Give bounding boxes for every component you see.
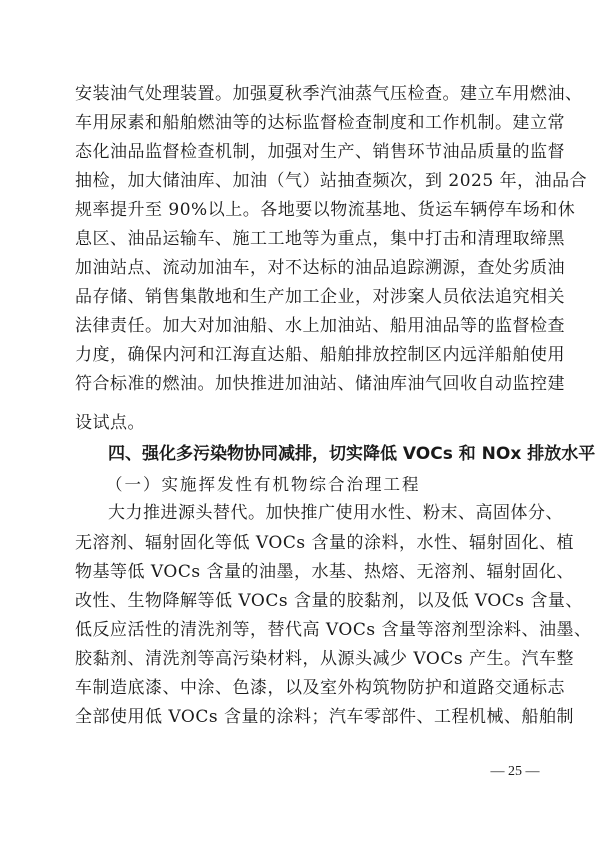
paragraph-line: 品存储、销售集散地和生产加工企业，对涉案人员依法追究相关 xyxy=(75,283,531,312)
paragraph-line: 车用尿素和船舶燃油等的达标监督检查制度和工作机制。建立常 xyxy=(75,109,531,138)
paragraph-line: 胶黏剂、清洗剂等高污染材料，从源头减少 VOCs 产生。汽车整 xyxy=(75,645,531,674)
document-page: 安装油气处理装置。加强夏秋季汽油蒸气压检查。建立车用燃油、 车用尿素和船舶燃油等… xyxy=(0,0,600,848)
paragraph-line: 低反应活性的清洗剂等，替代高 VOCs 含量等溶剂型涂料、油墨、 xyxy=(75,616,531,645)
paragraph-line: 加油站点、流动加油车，对不达标的油品追踪溯源，查处劣质油 xyxy=(75,254,531,283)
subsection-heading: （一）实施挥发性有机物综合治理工程 xyxy=(106,470,421,499)
paragraph-line: 法律责任。加大对加油船、水上加油站、船用油品等的监督检查 xyxy=(75,312,531,341)
paragraph-line: 物基等低 VOCs 含量的油墨，水基、热熔、无溶剂、辐射固化、 xyxy=(75,558,531,587)
paragraph-line: 符合标准的燃油。加快推进加油站、储油库油气回收自动监控建 xyxy=(75,370,531,399)
paragraph-line: 车制造底漆、中涂、色漆，以及室外构筑物防护和道路交通标志 xyxy=(75,674,531,703)
paragraph-line: 抽检，加大储油库、加油（气）站抽查频次，到 2025 年，油品合 xyxy=(75,167,531,196)
paragraph-line: 设试点。 xyxy=(75,409,531,438)
paragraph-line: 安装油气处理装置。加强夏秋季汽油蒸气压检查。建立车用燃油、 xyxy=(75,80,531,109)
section-heading: 四、强化多污染物协同减排，切实降低 VOCs 和 NOx 排放水平 xyxy=(108,440,531,469)
paragraph-line: 大力推进源头替代。加快推广使用水性、粉末、高固体分、 xyxy=(108,499,531,528)
page-number: — 25 — xyxy=(480,764,550,780)
paragraph-line: 规率提升至 90%以上。各地要以物流基地、货运车辆停车场和休 xyxy=(75,196,531,225)
paragraph-line: 力度，确保内河和江海直达船、船舶排放控制区内远洋船舶使用 xyxy=(75,341,531,370)
paragraph-line: 全部使用低 VOCs 含量的涂料；汽车零部件、工程机械、船舶制 xyxy=(75,703,531,732)
paragraph-line: 态化油品监督检查机制，加强对生产、销售环节油品质量的监督 xyxy=(75,138,531,167)
paragraph-line: 无溶剂、辐射固化等低 VOCs 含量的涂料，水性、辐射固化、植 xyxy=(75,529,531,558)
paragraph-line: 改性、生物降解等低 VOCs 含量的胶黏剂，以及低 VOCs 含量、 xyxy=(75,587,531,616)
paragraph-line: 息区、油品运输车、施工工地等为重点，集中打击和清理取缔黑 xyxy=(75,225,531,254)
